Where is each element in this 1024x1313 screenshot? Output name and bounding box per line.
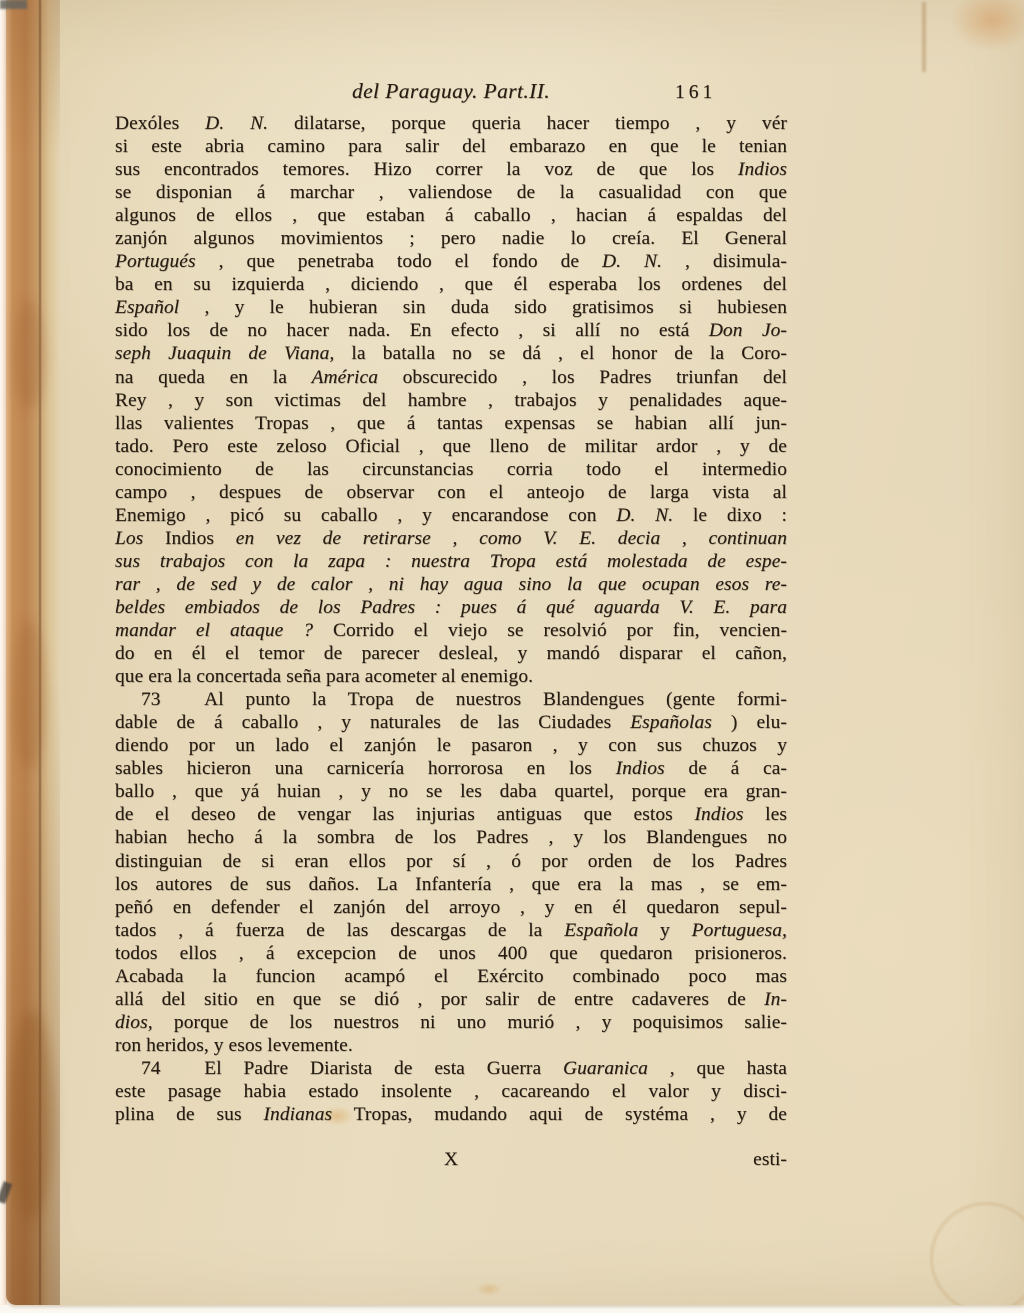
binding-smudge xyxy=(14,300,44,410)
text-line: de el deseo de vengar las injurias antig… xyxy=(115,803,787,826)
text-line: sus trabajos con la zapa : nuestra Tropa… xyxy=(115,550,787,573)
text-line: sus encontrados temores. Hizo correr la … xyxy=(115,158,787,181)
catchword: esti- xyxy=(753,1148,787,1171)
page-number: 161 xyxy=(675,81,716,104)
page-header: del Paraguay. Part.II. 161 xyxy=(115,80,787,107)
text-line: todos ellos , á excepcion de unos 400 qu… xyxy=(115,942,787,965)
edge-streak-stain xyxy=(922,2,926,72)
text-line: dios, porque de los nuestros ni uno muri… xyxy=(115,1011,787,1034)
text-line: tado. Pero este zeloso Oficial , que lle… xyxy=(115,435,787,458)
text-line: Rey , y son victimas del hambre , trabaj… xyxy=(115,389,787,412)
text-line: tados , á fuerza de las descargas de la … xyxy=(115,919,787,942)
text-line: Enemigo , picó su caballo , y encarandos… xyxy=(115,504,787,527)
text-line: diendo por un lado el zanjón le pasaron … xyxy=(115,734,787,757)
text-line: Portugués , que penetraba todo el fondo … xyxy=(115,250,787,273)
text-line: ron heridos, y esos levemente. xyxy=(115,1034,787,1057)
text-line: sido los de no hacer nada. En efecto , s… xyxy=(115,319,787,342)
text-line: na queda en la América obscurecido , los… xyxy=(115,366,787,389)
text-line: campo , despues de observar con el anteo… xyxy=(115,481,787,504)
scanned-book-page: del Paraguay. Part.II. 161 Dexóles D. N.… xyxy=(0,0,1024,1313)
printed-text-block: del Paraguay. Part.II. 161 Dexóles D. N.… xyxy=(115,80,787,1171)
running-title: del Paraguay. Part.II. xyxy=(352,80,550,103)
text-line: zanjón algunos movimientos ; pero nadie … xyxy=(115,227,787,250)
text-line: 73 Al punto la Tropa de nuestros Blanden… xyxy=(115,688,787,711)
text-line: se disponian á marchar , valiendose de l… xyxy=(115,181,787,204)
book-page-paper: del Paraguay. Part.II. 161 Dexóles D. N.… xyxy=(6,0,1024,1305)
paper-speck xyxy=(476,1282,502,1296)
text-line: dable de á caballo , y naturales de las … xyxy=(115,711,787,734)
text-line: beldes embiados de los Padres : pues á q… xyxy=(115,596,787,619)
text-line: peñó en defender el zanjón del arroyo , … xyxy=(115,896,787,919)
corner-stain xyxy=(950,0,1024,52)
text-line: que era la concertada seña para acometer… xyxy=(115,665,787,688)
text-line: ballo , que yá huian , y no se les daba … xyxy=(115,780,787,803)
text-line: Dexóles D. N. dilatarse, porque queria h… xyxy=(115,112,787,135)
text-line: 74 El Padre Diarista de esta Guerra Guar… xyxy=(115,1057,787,1080)
page-footer: X esti- xyxy=(115,1148,787,1171)
text-line: plina de sus Indianas Tropas, mudando aq… xyxy=(115,1103,787,1126)
text-line: seph Juaquin de Viana, la batalla no se … xyxy=(115,342,787,365)
text-line: allá del sitio en que se dió , por salir… xyxy=(115,988,787,1011)
text-line: Los Indios en vez de retirarse , como V.… xyxy=(115,527,787,550)
text-line: los autores de sus daños. La Infantería … xyxy=(115,873,787,896)
signature-mark: X xyxy=(444,1149,458,1170)
text-line: llas valientes Tropas , que á tantas exp… xyxy=(115,412,787,435)
text-line: este pasage habia estado insolente , cac… xyxy=(115,1080,787,1103)
binding-smudge xyxy=(10,1010,54,1220)
text-line: distinguian de si eran ellos por sí , ó … xyxy=(115,850,787,873)
text-line: do en él el temor de parecer desleal, y … xyxy=(115,642,787,665)
text-line: sables hicieron una carnicería horrorosa… xyxy=(115,757,787,780)
text-line: rar , de sed y de calor , ni hay agua si… xyxy=(115,573,787,596)
text-line: conocimiento de las circunstancias corri… xyxy=(115,458,787,481)
text-line: mandar el ataque ? Corrido el viejo se r… xyxy=(115,619,787,642)
text-line: habian hecho á la sombra de los Padres ,… xyxy=(115,826,787,849)
body-text: Dexóles D. N. dilatarse, porque queria h… xyxy=(115,112,787,1126)
binding-smudge xyxy=(12,620,46,770)
text-line: ba en su izquierda , diciendo , que él e… xyxy=(115,273,787,296)
text-line: Acabada la funcion acampó el Exército co… xyxy=(115,965,787,988)
ring-stain xyxy=(930,1202,1024,1305)
text-line: algunos de ellos , que estaban á caballo… xyxy=(115,204,787,227)
text-line: si este abria camino para salir del emba… xyxy=(115,135,787,158)
text-line: Español , y le hubieran sin duda sido gr… xyxy=(115,296,787,319)
scan-artifact-top-left xyxy=(0,0,27,9)
